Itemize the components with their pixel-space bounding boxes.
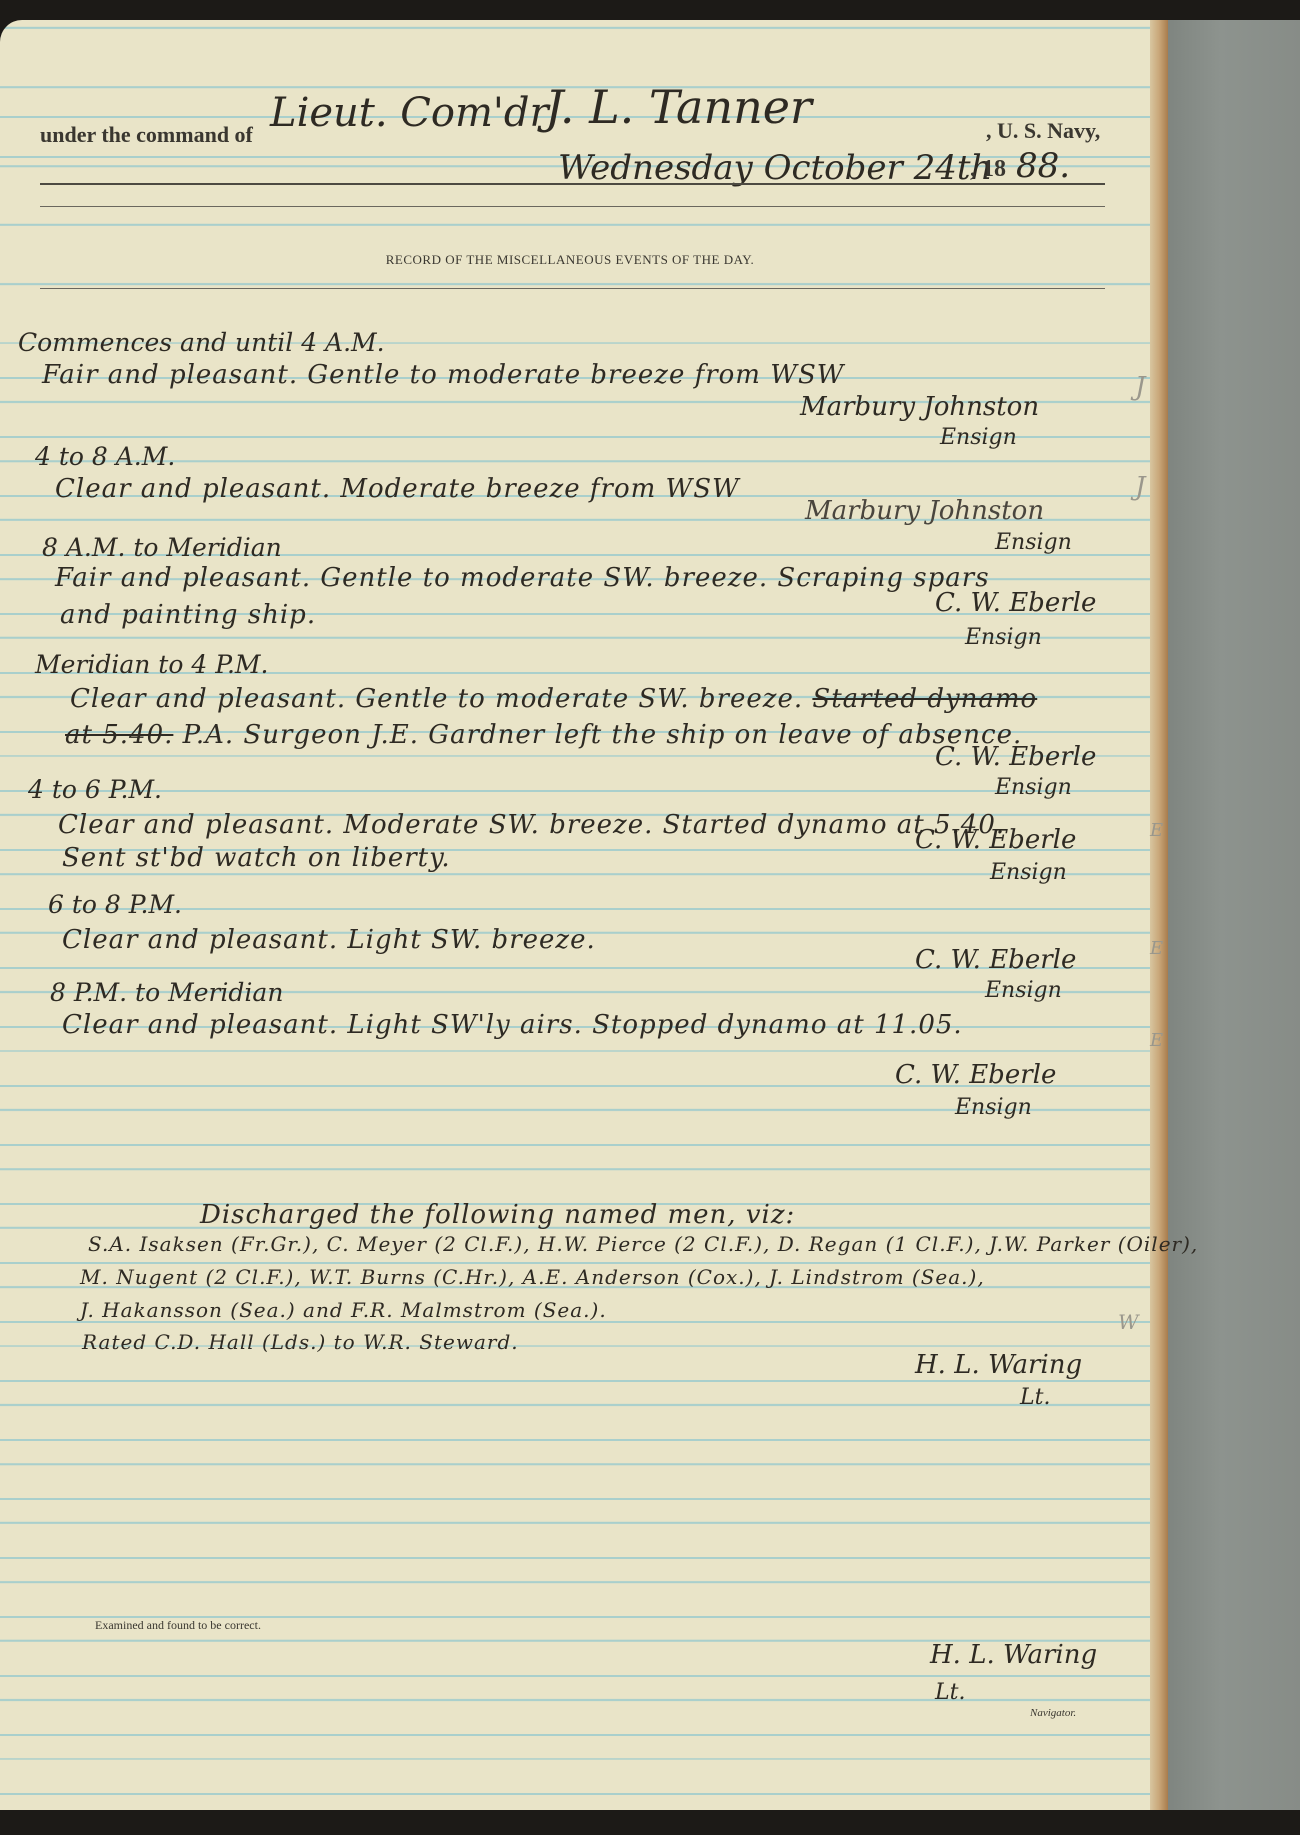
entry-line: Clear and pleasant. Light SW. breeze.: [62, 925, 596, 955]
entry-signature: C. W. Eberle: [915, 825, 1076, 855]
margin-mark: J: [1135, 372, 1145, 402]
commander-name: J. L. Tanner: [545, 80, 812, 134]
discharge-line: S.A. Isaksen (Fr.Gr.), C. Meyer (2 Cl.F.…: [88, 1232, 1198, 1256]
margin-mark: E: [1150, 938, 1163, 959]
entry-line: Clear and pleasant. Moderate breeze from…: [55, 474, 740, 504]
entry-signature: C. W. Eberle: [935, 742, 1096, 772]
page-backdrop: [1168, 20, 1300, 1810]
margin-mark: J: [1135, 472, 1145, 502]
entry-line: Clear and pleasant. Light SW'ly airs. St…: [62, 1010, 963, 1040]
examined-label: Examined and found to be correct.: [95, 1618, 261, 1633]
entry-line: at 5.40. P.A. Surgeon J.E. Gardner left …: [65, 720, 1022, 750]
entry-heading: Commences and until 4 A.M.: [18, 328, 385, 357]
entry-signature: C. W. Eberle: [895, 1060, 1056, 1090]
entry-signature: C. W. Eberle: [915, 945, 1076, 975]
entry-signature: Marbury Johnston: [800, 392, 1039, 422]
navigator-title: Navigator.: [1030, 1707, 1076, 1719]
date-year-suffix: 88.: [1016, 146, 1070, 186]
date-day: Wednesday October 24th: [558, 148, 992, 188]
discharge-line: M. Nugent (2 Cl.F.), W.T. Burns (C.Hr.),…: [80, 1265, 985, 1289]
entry-signature-rank: Ensign: [995, 775, 1072, 800]
navigator-rank: Lt.: [935, 1680, 965, 1705]
entry-signature: C. W. Eberle: [935, 588, 1096, 618]
entry-signature-rank: Ensign: [995, 530, 1072, 555]
discharge-heading: Discharged the following named men, viz:: [200, 1200, 795, 1230]
struck-text: at 5.40.: [65, 720, 173, 750]
margin-mark: E: [1150, 820, 1163, 841]
entry-line: Clear and pleasant. Gentle to moderate S…: [70, 684, 1037, 714]
entry-heading: 8 P.M. to Meridian: [50, 978, 283, 1007]
entry-heading: 4 to 6 P.M.: [28, 775, 162, 804]
entry-line: Clear and pleasant. Moderate SW. breeze.…: [58, 810, 1005, 840]
date-year-digits: 88: [1016, 146, 1059, 186]
margin-mark: W: [1118, 1310, 1139, 1334]
entry-signature-rank: Ensign: [940, 425, 1017, 450]
entry-heading: 6 to 8 P.M.: [48, 890, 182, 919]
entry-text: Clear and pleasant. Gentle to moderate S…: [70, 684, 803, 714]
entry-line: and painting ship.: [60, 600, 316, 630]
date-period: .: [1059, 146, 1070, 186]
entry-heading: Meridian to 4 P.M.: [35, 650, 268, 679]
entry-heading: 4 to 8 A.M.: [35, 442, 175, 471]
entry-line: Fair and pleasant. Gentle to moderate SW…: [55, 563, 990, 593]
discharge-line: J. Hakansson (Sea.) and F.R. Malmstrom (…: [80, 1298, 607, 1322]
commander-rank: Lieut. Com'dr: [270, 90, 549, 136]
entry-text: P.A. Surgeon J.E. Gardner left the ship …: [183, 720, 1023, 750]
margin-mark: E: [1150, 1030, 1163, 1051]
entry-signature-rank: Ensign: [955, 1095, 1032, 1120]
record-divider: [40, 288, 1105, 289]
discharge-signature-rank: Lt.: [1020, 1385, 1050, 1410]
entry-signature-rank: Ensign: [965, 625, 1042, 650]
logbook-page: under the command of Lieut. Com'dr J. L.…: [0, 20, 1168, 1810]
header-divider: [40, 183, 1105, 185]
page-edge: [1150, 20, 1168, 1810]
entry-line: Fair and pleasant. Gentle to moderate br…: [42, 360, 844, 390]
record-title: RECORD OF THE MISCELLANEOUS EVENTS OF TH…: [0, 252, 1140, 268]
discharge-line: Rated C.D. Hall (Lds.) to W.R. Steward.: [82, 1330, 519, 1354]
discharge-signature: H. L. Waring: [915, 1350, 1082, 1380]
entry-signature: Marbury Johnston: [805, 496, 1044, 526]
service-label: , U. S. Navy,: [986, 118, 1100, 144]
entry-line: Sent st'bd watch on liberty.: [62, 843, 451, 873]
entry-signature-rank: Ensign: [990, 860, 1067, 885]
command-label: under the command of: [40, 122, 253, 148]
entry-signature-rank: Ensign: [985, 978, 1062, 1003]
navigator-signature: H. L. Waring: [930, 1640, 1097, 1670]
header-divider-thin: [40, 206, 1105, 207]
struck-text: Started dynamo: [812, 684, 1037, 714]
entry-heading: 8 A.M. to Meridian: [42, 533, 282, 562]
date-year-prefix: , 18: [970, 156, 1006, 183]
